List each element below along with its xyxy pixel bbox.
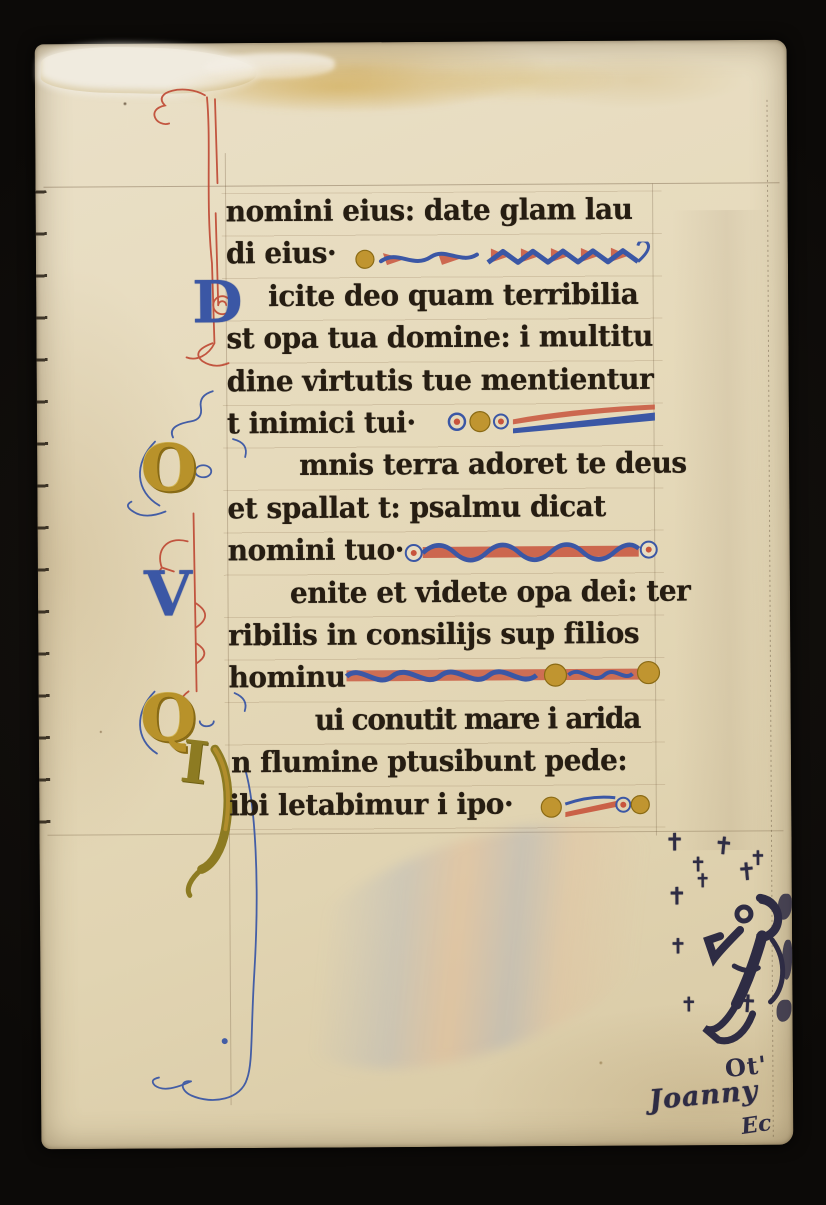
text-line: n flumine ptusibunt pede:	[231, 743, 627, 787]
text-line: ribilis in consilijs sup filios	[228, 616, 639, 660]
initial-O: O	[141, 437, 197, 501]
photo-background: D O V Q I nomini eius: date glam lau di …	[0, 0, 826, 1205]
text-line: et spallat t: psalmu dicat	[227, 489, 606, 533]
text-line: ui conutit mare i arida	[315, 701, 641, 745]
text-line: enite et videte opa dei: ter	[290, 574, 691, 618]
text-line: mnis terra adoret te deus	[299, 446, 687, 490]
line-filler-wave-bar	[403, 535, 661, 571]
line-filler-short-gold-dots	[539, 791, 653, 824]
initial-V: V	[144, 563, 192, 625]
cross-mark: ✝	[712, 831, 735, 861]
inscription-ec: Ec	[740, 1110, 774, 1140]
text-line: nomini eius: date glam lau	[226, 192, 633, 236]
cross-mark: ✝	[750, 846, 767, 870]
manuscript-leaf: D O V Q I nomini eius: date glam lau di …	[35, 40, 794, 1150]
text-line: di eius·	[226, 236, 337, 278]
text-line: t inimici tui·	[227, 405, 416, 448]
text-line: ibi letabimur i ipo·	[229, 787, 513, 830]
line-filler-zigzag	[353, 242, 658, 272]
text-line: nomini tuo·	[228, 532, 405, 575]
line-filler-wave-gold-dots	[338, 659, 660, 695]
text-line: dine virtutis tue mentientur	[227, 362, 654, 406]
text-line: hominu	[228, 660, 345, 702]
cross-mark: ✝	[667, 882, 687, 910]
line-filler-dots-bar	[447, 403, 659, 438]
cross-mark: ✝	[669, 934, 687, 958]
text-line: icite deo quam terribilia	[268, 277, 638, 321]
cross-mark: ✝	[664, 828, 684, 856]
text-line: st opa tua domine: i multitu	[226, 319, 653, 363]
